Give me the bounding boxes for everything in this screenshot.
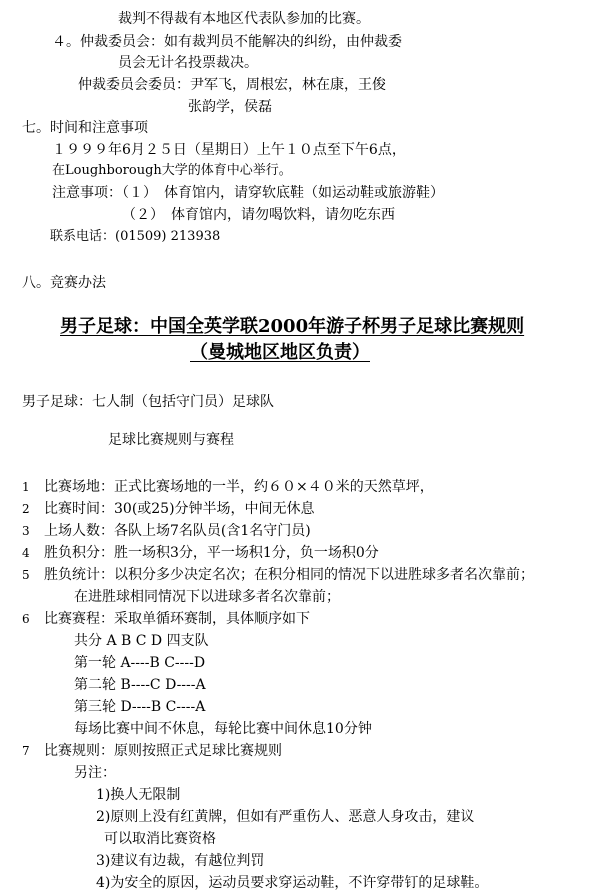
- schedule-round3: 第三轮 D----B C----A: [74, 698, 205, 716]
- additional-note: 1)换人无限制: [96, 786, 180, 804]
- event-venue: 在Loughborough大学的体育中心举行。: [52, 162, 292, 180]
- referee-note: 裁判不得裁有本地区代表队参加的比赛。: [118, 10, 370, 28]
- arbitration-members-line2: 张韵学，侯磊: [188, 98, 272, 116]
- additional-note: 4)为安全的原因，运动员要求穿运动鞋，不许穿带钉的足球鞋。: [96, 874, 488, 891]
- section-eight-heading: 八。竞赛办法: [22, 274, 106, 292]
- additional-note-continuation: 可以取消比赛资格: [104, 830, 216, 848]
- rule-item: 7比赛规则：原则按照正式足球比赛规则: [22, 742, 282, 760]
- rule-item: 6比赛赛程：采取单循环赛制，具体顺序如下: [22, 610, 310, 628]
- notes-item2: （２） 体育馆内，请勿喝饮料，请勿吃东西: [122, 206, 395, 224]
- additional-notes-heading: 另注：: [74, 764, 116, 782]
- additional-note: 2)原则上没有红黄牌，但如有严重伤人、恶意人身攻击，建议: [96, 808, 474, 826]
- schedule-breaks: 每场比赛中间不休息，每轮比赛中间休息10分钟: [74, 720, 372, 738]
- schedule-round1: 第一轮 A----B C----D: [74, 654, 205, 672]
- rule-item: 1比赛场地：正式比赛场地的一半，约６０×４０米的天然草坪，: [22, 478, 434, 496]
- rule-item-continuation: 在进胜球相同情况下以进球多者名次靠前；: [74, 588, 340, 606]
- rule-item: 2比赛时间：30(或25)分钟半场，中间无休息: [22, 500, 315, 518]
- rule-item: 3上场人数：各队上场7名队员(含1名守门员): [22, 522, 311, 540]
- arbitration-members-line1: 仲裁委员会委员：尹军飞，周根宏，林在康，王俊: [78, 76, 386, 94]
- rules-title-line2: （曼城地区地区负责）: [190, 341, 370, 365]
- schedule-round2: 第二轮 B----C D----A: [74, 676, 206, 694]
- additional-note: 3)建议有边裁，有越位判罚: [96, 852, 264, 870]
- notes-item1: 注意事项：（１） 体育馆内，请穿软底鞋（如运动鞋或旅游鞋）: [52, 184, 444, 202]
- rules-heading: 足球比赛规则与赛程: [108, 431, 234, 449]
- schedule-teams: 共分 A B C D 四支队: [74, 632, 209, 650]
- arbitration-item4-line1: ４。仲裁委员会：如有裁判员不能解决的纠纷，由仲裁委: [52, 33, 402, 51]
- arbitration-item4-line2: 员会无计名投票裁决。: [118, 54, 258, 72]
- rules-title-line1: 男子足球：中国全英学联2000年游子杯男子足球比赛规则: [60, 315, 524, 339]
- event-datetime: １９９９年6月２５日（星期日）上午１０点至下午6点，: [52, 141, 406, 159]
- team-format: 男子足球：七人制（包括守门员）足球队: [22, 393, 274, 411]
- section-seven-heading: 七。时间和注意事项: [22, 119, 148, 137]
- rule-item: 5胜负统计：以积分多少决定名次；在积分相同的情况下以进胜球多者名次靠前；: [22, 566, 534, 584]
- rule-item: 4胜负积分：胜一场积3分，平一场积1分，负一场积0分: [22, 544, 379, 562]
- contact-phone: 联系电话：(01509) 213938: [50, 228, 220, 246]
